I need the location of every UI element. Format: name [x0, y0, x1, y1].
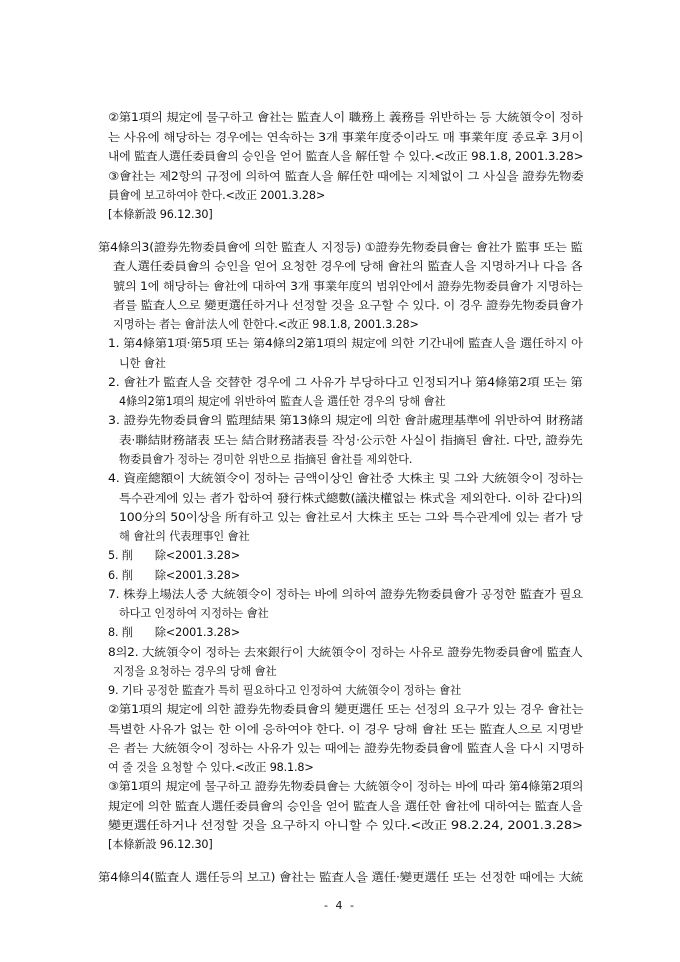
text-line: 지정을 요청하는 경우의 당해 會社 [113, 665, 277, 679]
text-line: 은 者는 大統領令이 정하는 사유가 있는 때에는 證券先物委員會에 監査人을 … [108, 742, 583, 756]
text-line: 내에 監査人選任委員會의 승인을 얻어 監査人을 解任할 수 있다.<改正 98… [108, 150, 583, 164]
text-line: 第4條의4(監査人 選任등의 보고) 會社는 監査人을 選任·變更選任 또는 선… [98, 871, 583, 885]
text-line: 특수관계에 있는 者가 합하여 發行株式總數(議決權없는 株式을 제외한다. 이… [119, 492, 583, 506]
text-line: 5. 削 除<2001.3.28> [108, 549, 240, 563]
text-line: 하다고 인정하여 지정하는 會社 [119, 607, 269, 621]
text-line: 査人選任委員會의 승인을 얻어 요청한 경우에 당해 會社의 監査人을 지명하거… [113, 260, 583, 274]
text-line: 9. 기타 공정한 監査가 특히 필요하다고 인정하여 大統領令이 정하는 會社 [108, 684, 461, 698]
text-line: 100分의 50이상을 所有하고 있는 會社로서 大株主 또는 그와 특수관계에… [119, 511, 583, 525]
text-line: 2. 會社가 監査人을 交替한 경우에 그 사유가 부당하다고 인정되거나 第4… [108, 376, 583, 390]
page-number: - 4 - [0, 899, 680, 912]
text-line: 8의2. 大統領令이 정하는 去來銀行이 大統領令이 정하는 사유로 證券先物委… [108, 646, 583, 660]
text-line: ②第1項의 規定에 물구하고 會社는 監査人이 職務上 義務를 위반하는 등 大… [108, 111, 583, 125]
text-line: 니한 會社 [119, 357, 166, 371]
text-line: 3. 證券先物委員會의 監理結果 第13條의 規定에 의한 會計處理基準에 위반… [108, 414, 583, 428]
text-line: 4條의2第1項의 規定에 위반하여 監査人을 選任한 경우의 당해 會社 [119, 395, 445, 409]
text-line: 여 줄 것을 요청할 수 있다.<改正 98.1.8> [108, 761, 314, 775]
text-line: 는 사유에 해당하는 경우에는 연속하는 3개 事業年度중이라도 매 事業年度 … [108, 131, 583, 145]
text-line: ③會社는 제2항의 규정에 의하여 監査人을 解任한 때에는 지체없이 그 사실… [108, 170, 584, 184]
text-line: ②第1項의 規定에 의한 證券先物委員會의 變更選任 또는 선정의 요구가 있는… [108, 703, 583, 717]
text-line: 規定에 의한 監査人選任委員會의 승인을 얻어 監査人을 選任한 會社에 대하여… [108, 800, 583, 814]
text-line: 表·聯結財務諸表 또는 結合財務諸表를 작성·公示한 사실이 指摘된 會社. 다… [119, 434, 583, 448]
text-line: [本條新設 96.12.30] [108, 208, 213, 222]
text-line: 4. 資産總額이 大統領令이 정하는 금액이상인 會社중 大株主 및 그와 大統… [108, 472, 583, 486]
text-line: 특별한 사유가 없는 한 이에 응하여야 한다. 이 경우 당해 會社 또는 監… [108, 723, 583, 737]
text-line: 物委員會가 정하는 경미한 위반으로 指摘된 會社를 제외한다. [119, 453, 412, 467]
text-line: 第4條의3(證券先物委員會에 의한 監査人 지정등) ①證券先物委員會는 會社가… [98, 241, 583, 255]
text-line: 해 會社의 代表理事인 會社 [119, 530, 250, 544]
text-line: 7. 株券上場法人중 大統領令이 정하는 바에 의하여 證券先物委員會가 공정한… [108, 588, 583, 602]
document-page: ②第1項의 規定에 물구하고 會社는 監査人이 職務上 義務를 위반하는 등 大… [0, 0, 680, 962]
text-line: 6. 削 除<2001.3.28> [108, 569, 240, 583]
text-line: 者를 監査人으로 變更選任하거나 선정할 것을 요구할 수 있다. 이 경우 證… [113, 299, 583, 313]
text-line: 8. 削 除<2001.3.28> [108, 626, 240, 640]
text-line: 지명하는 者는 會計法人에 한한다.<改正 98.1.8, 2001.3.28> [113, 318, 419, 332]
text-line: 1. 第4條第1項·第5項 또는 第4條의2第1項의 規定에 의한 기간내에 監… [108, 337, 583, 351]
text-line: ③第1項의 規定에 물구하고 證券先物委員會는 大統領令이 정하는 바에 따라 … [108, 780, 583, 794]
text-line: 員會에 보고하여야 한다.<改正 2001.3.28> [108, 189, 325, 203]
text-line: [本條新設 96.12.30] [108, 838, 213, 852]
text-line: 號의 1에 해당하는 會社에 대하여 3개 事業年度의 범위안에서 證券先物委員… [113, 280, 583, 294]
text-line: 變更選任하거나 선정할 것을 요구하지 아니할 수 있다.<改正 98.2.24… [108, 819, 583, 833]
